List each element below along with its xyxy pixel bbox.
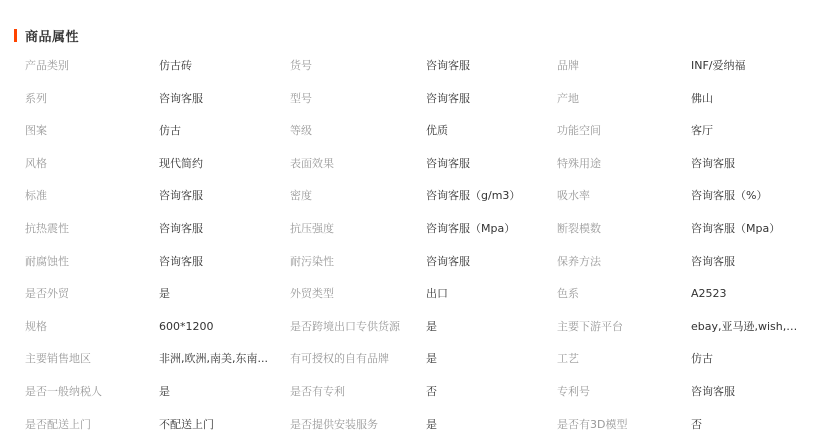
section-header: 商品属性 xyxy=(14,27,79,43)
attribute-label: 保养方法 xyxy=(557,255,677,269)
attribute-row: 耐腐蚀性咨询客服耐污染性咨询客服保养方法咨询客服 xyxy=(0,246,818,279)
attribute-row: 主要销售地区非洲,欧洲,南美,东南...有可授权的自有品牌是工艺仿古 xyxy=(0,343,818,376)
attribute-value: 仿古 xyxy=(691,352,803,366)
attribute-value: 咨询客服 xyxy=(426,255,544,269)
attribute-value: 否 xyxy=(426,385,544,399)
attribute-value: 咨询客服 xyxy=(691,385,803,399)
attribute-label: 断裂模数 xyxy=(557,222,677,236)
attribute-value: 否 xyxy=(691,418,803,432)
attribute-value: 是 xyxy=(159,287,271,301)
attribute-label: 有可授权的自有品牌 xyxy=(290,352,415,366)
attribute-label: 是否有3D模型 xyxy=(557,418,677,432)
title-accent-bar xyxy=(14,29,17,42)
attribute-row: 图案仿古等级优质功能空间客厅 xyxy=(0,115,818,148)
attribute-label: 型号 xyxy=(290,92,415,106)
attribute-value: 非洲,欧洲,南美,东南... xyxy=(159,352,271,366)
attribute-row: 标准咨询客服密度咨询客服（g/m3）吸水率咨询客服（%） xyxy=(0,180,818,213)
attributes-table: 产品类别仿古砖货号咨询客服品牌INF/爱纳福系列咨询客服型号咨询客服产地佛山图案… xyxy=(0,50,818,441)
attribute-row: 规格600*1200是否跨境出口专供货源是主要下游平台ebay,亚马逊,wish… xyxy=(0,311,818,344)
attribute-value: 是 xyxy=(426,320,544,334)
attribute-value: 仿古 xyxy=(159,124,271,138)
attribute-row: 产品类别仿古砖货号咨询客服品牌INF/爱纳福 xyxy=(0,50,818,83)
attribute-value: 600*1200 xyxy=(159,320,271,334)
attribute-label: 吸水率 xyxy=(557,189,677,203)
attribute-value: 不配送上门 xyxy=(159,418,271,432)
attribute-label: 产品类别 xyxy=(25,59,145,73)
attribute-value: 咨询客服 xyxy=(426,92,544,106)
attribute-value: 咨询客服（Mpa） xyxy=(426,222,544,236)
attribute-label: 系列 xyxy=(25,92,145,106)
attribute-row: 是否外贸是外贸类型出口色系A2523 xyxy=(0,278,818,311)
attribute-label: 是否外贸 xyxy=(25,287,145,301)
attribute-label: 标准 xyxy=(25,189,145,203)
attribute-label: 品牌 xyxy=(557,59,677,73)
attribute-value: 咨询客服（%） xyxy=(691,189,803,203)
attribute-label: 是否跨境出口专供货源 xyxy=(290,320,415,334)
attribute-label: 是否有专利 xyxy=(290,385,415,399)
attribute-label: 抗热震性 xyxy=(25,222,145,236)
attribute-value: 佛山 xyxy=(691,92,803,106)
attribute-row: 抗热震性咨询客服抗压强度咨询客服（Mpa）断裂模数咨询客服（Mpa） xyxy=(0,213,818,246)
attribute-label: 是否配送上门 xyxy=(25,418,145,432)
attribute-value: 咨询客服 xyxy=(426,157,544,171)
section-title: 商品属性 xyxy=(25,26,79,45)
attribute-row: 风格现代简约表面效果咨询客服特殊用途咨询客服 xyxy=(0,148,818,181)
attribute-label: 工艺 xyxy=(557,352,677,366)
attribute-value: 现代简约 xyxy=(159,157,271,171)
attribute-row: 系列咨询客服型号咨询客服产地佛山 xyxy=(0,83,818,116)
attribute-value: 咨询客服 xyxy=(159,255,271,269)
attribute-label: 是否提供安装服务 xyxy=(290,418,415,432)
attribute-value: ebay,亚马逊,wish,速... xyxy=(691,320,803,334)
attribute-value: INF/爱纳福 xyxy=(691,59,803,73)
attribute-label: 功能空间 xyxy=(557,124,677,138)
product-attributes-panel: 商品属性 产品类别仿古砖货号咨询客服品牌INF/爱纳福系列咨询客服型号咨询客服产… xyxy=(0,0,818,442)
attribute-label: 色系 xyxy=(557,287,677,301)
attribute-label: 抗压强度 xyxy=(290,222,415,236)
attribute-value: 咨询客服 xyxy=(691,157,803,171)
attribute-row: 是否一般纳税人是是否有专利否专利号咨询客服 xyxy=(0,376,818,409)
attribute-value: 优质 xyxy=(426,124,544,138)
attribute-value: 咨询客服 xyxy=(691,255,803,269)
attribute-value: 咨询客服 xyxy=(426,59,544,73)
attribute-label: 等级 xyxy=(290,124,415,138)
attribute-label: 表面效果 xyxy=(290,157,415,171)
attribute-label: 特殊用途 xyxy=(557,157,677,171)
attribute-label: 货号 xyxy=(290,59,415,73)
attribute-label: 图案 xyxy=(25,124,145,138)
attribute-label: 产地 xyxy=(557,92,677,106)
attribute-value: 是 xyxy=(426,352,544,366)
attribute-value: 是 xyxy=(426,418,544,432)
attribute-label: 耐污染性 xyxy=(290,255,415,269)
attribute-label: 主要下游平台 xyxy=(557,320,677,334)
attribute-row: 是否配送上门不配送上门是否提供安装服务是是否有3D模型否 xyxy=(0,409,818,442)
attribute-label: 主要销售地区 xyxy=(25,352,145,366)
attribute-value: 咨询客服（Mpa） xyxy=(691,222,803,236)
attribute-label: 外贸类型 xyxy=(290,287,415,301)
attribute-label: 密度 xyxy=(290,189,415,203)
attribute-value: 咨询客服 xyxy=(159,189,271,203)
attribute-value: 是 xyxy=(159,385,271,399)
attribute-label: 专利号 xyxy=(557,385,677,399)
attribute-value: A2523 xyxy=(691,287,803,301)
attribute-value: 咨询客服 xyxy=(159,222,271,236)
attribute-value: 咨询客服 xyxy=(159,92,271,106)
attribute-value: 出口 xyxy=(426,287,544,301)
attribute-value: 客厅 xyxy=(691,124,803,138)
attribute-label: 耐腐蚀性 xyxy=(25,255,145,269)
attribute-label: 规格 xyxy=(25,320,145,334)
attribute-value: 咨询客服（g/m3） xyxy=(426,189,544,203)
attribute-label: 是否一般纳税人 xyxy=(25,385,145,399)
attribute-value: 仿古砖 xyxy=(159,59,271,73)
attribute-label: 风格 xyxy=(25,157,145,171)
